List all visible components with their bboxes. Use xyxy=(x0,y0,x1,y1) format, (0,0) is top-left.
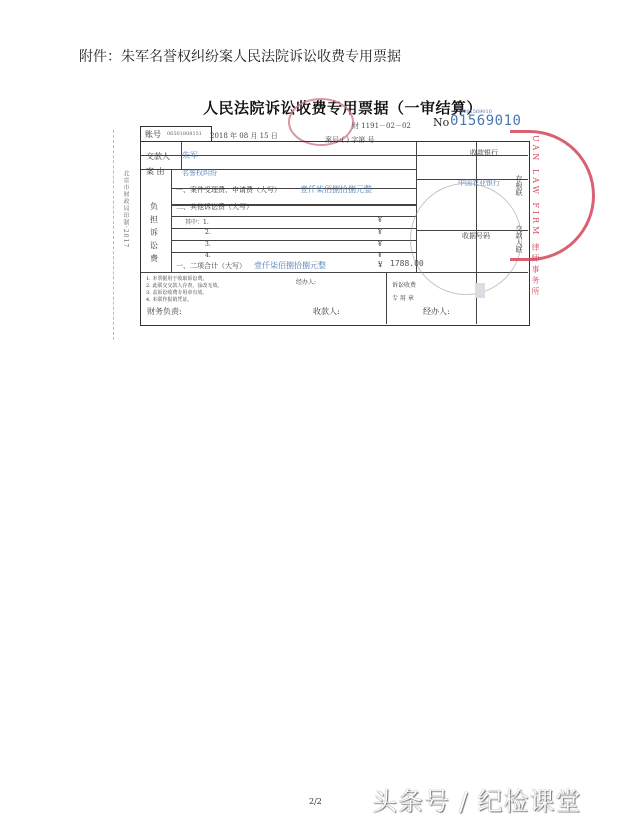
law-firm-seal-text: UAN LAW FIRM 律师事务所 xyxy=(530,135,541,298)
note-3: 3. 盖诉讼收费专用章有效。 xyxy=(146,289,207,296)
handler-inline-label: 经办人: xyxy=(296,277,316,286)
col-line xyxy=(171,169,172,272)
fee-row-2-label: 二、其他诉讼费（大写） xyxy=(176,202,253,212)
fee-row-6-label: 4. xyxy=(205,252,211,259)
fee-row-4-yen: ¥ xyxy=(378,229,382,236)
total-yen: ¥ xyxy=(378,261,382,269)
note-1: 1. 本票据用于收取诉讼费。 xyxy=(146,275,207,282)
side-note: 北京市财政局印制·2017 xyxy=(121,170,130,248)
receipt-code: 财 1191－02－02 xyxy=(352,121,411,131)
total-label: 一、二项合计（大写） xyxy=(176,261,246,271)
page-number: 2/2 xyxy=(309,797,322,806)
payer-label: 交款人 xyxy=(146,151,170,162)
fee-row-6-yen: ¥ xyxy=(378,252,382,259)
receipt-date: 2018 年 08 月 15 日 xyxy=(210,131,278,141)
fee-row-1-value: 壹仟柒佰捌拾捌元整 xyxy=(300,184,372,195)
cause-value: 名誉权纠纷 xyxy=(182,168,217,178)
note-4: 4. 本联作报销凭证。 xyxy=(146,296,192,303)
fee-row-4-label: 2. xyxy=(205,229,211,236)
note-2: 2. 此联交交款人存查，涂改无效。 xyxy=(146,282,222,289)
footer-payee: 收款人: xyxy=(313,306,340,317)
page-title: 附件：朱军名誉权纠纷案人民法院诉讼收费专用票据 xyxy=(79,46,401,66)
seal-label-1: 诉讼收费 xyxy=(392,280,416,289)
account-label: 账号 xyxy=(145,129,161,140)
footer-finance: 财务负责: xyxy=(147,306,182,317)
fee-row-1-label: 一、案件受理费、申请费（大写） xyxy=(176,185,281,195)
seal-label-2: 专 用 章 xyxy=(392,293,414,302)
fee-row-5-label: 3. xyxy=(205,241,211,248)
grey-box xyxy=(475,283,485,298)
fees-label: 负担诉讼费 xyxy=(150,200,158,265)
watermark: 头条号 / 纪检课堂 xyxy=(372,782,581,818)
margin-dash xyxy=(113,130,114,340)
right-column-stub: 存根联 xyxy=(514,175,524,196)
payer-value: 朱军 xyxy=(182,150,198,161)
no-label: No xyxy=(433,116,449,129)
fee-row-3-label: 其中：1. xyxy=(185,217,209,226)
bank-label: 收款银行 xyxy=(470,148,498,158)
court-round-stamp xyxy=(410,183,522,295)
cause-label: 案 由 xyxy=(146,166,165,177)
right-column-payer: 交款人联 xyxy=(514,225,524,253)
account-number: 06501808151 xyxy=(167,131,202,137)
fee-row-3-yen: ¥ xyxy=(378,217,382,224)
fee-row-5-yen: ¥ xyxy=(378,241,382,248)
footer-handler: 经办人: xyxy=(423,306,450,317)
total-value: 壹仟柒佰捌拾捌元整 xyxy=(254,260,326,271)
col-line xyxy=(386,272,387,324)
receipt-number: 01569010 xyxy=(450,113,521,129)
